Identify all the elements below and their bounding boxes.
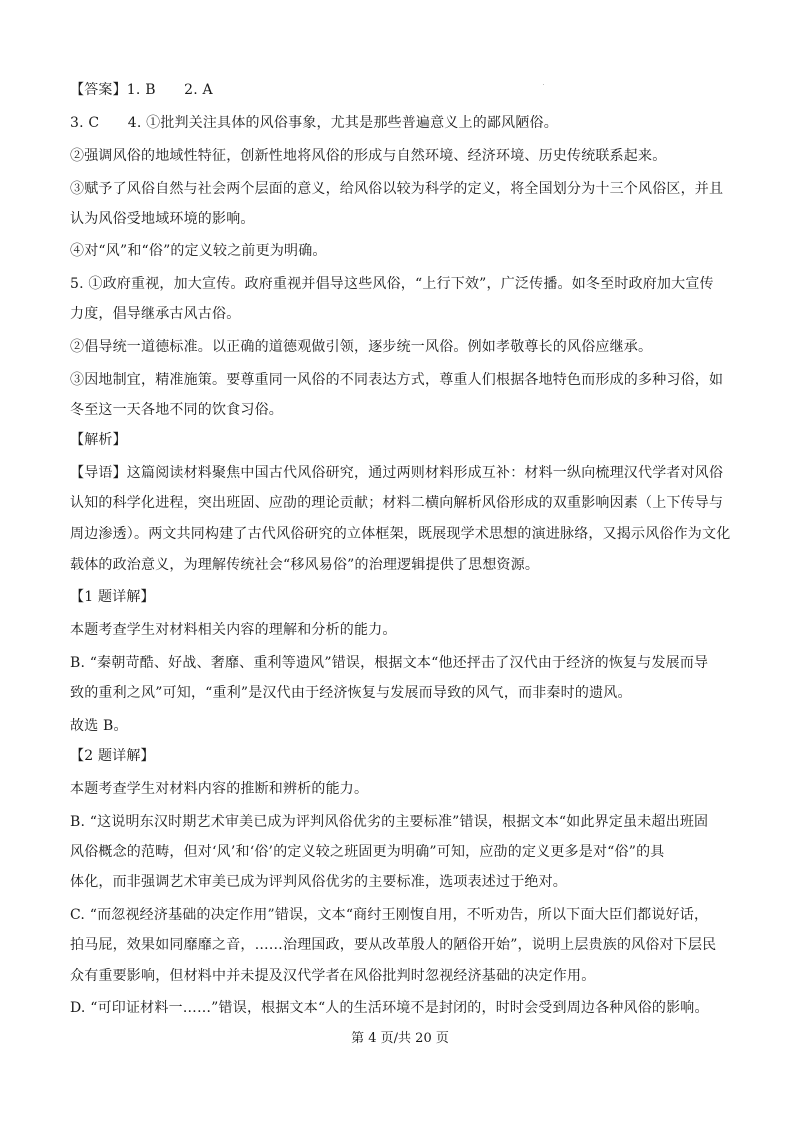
analysis-intro-line: 【导语】这篇阅读材料聚焦中国古代风俗研究，通过两则材料形成互补：材料一纵向梳理汉…: [70, 463, 723, 483]
page-number: 第 4 页/共 20 页: [0, 1030, 800, 1048]
analysis-intro-line: 周边渗透）。两文共同构建了古代风俗研究的立体框架，既展现学术思想的演进脉络，又揭…: [70, 524, 730, 544]
scan-speck: [543, 84, 544, 85]
document-page: 【答案】1. B 2. A 3. C 4. ①批判关注具体的风俗事象，尤其是那些…: [0, 0, 800, 1131]
q1-line: 本题考查学生对材料相关内容的理解和分析的能力。: [70, 620, 397, 640]
q2-line: 拍马屁，效果如同靡靡之音，……治理国政，要从改革殷人的陋俗开始”，说明上层贵族的…: [70, 935, 716, 955]
q2-line: 众有重要影响，但材料中并未提及汉代学者在风俗批判时忽视经济基础的决定作用。: [70, 966, 595, 986]
q2-line: 本题考查学生对材料内容的推断和辨析的能力。: [70, 779, 368, 799]
q2-heading: 【2 题详解】: [70, 746, 155, 766]
q5-item: 冬至这一天各地不同的饮食习俗。: [70, 400, 283, 420]
q4-item: 认为风俗受地域环境的影响。: [70, 209, 255, 229]
q1-line: B. “秦朝苛酷、好战、奢靡、重利等遗风”错误，根据文本“他还抨击了汉代由于经济…: [70, 653, 708, 673]
analysis-intro-line: 认知的科学化进程，突出班固、应劭的理论贡献；材料二横向解析风俗形成的双重影响因素…: [70, 493, 723, 513]
q5-item: ③因地制宜，精准施策。要尊重同一风俗的不同表达方式，尊重人们根据各地特色而形成的…: [70, 370, 723, 390]
q2-line: 体化，而非强调艺术审美已成为评判风俗优劣的主要标准，选项表述过于绝对。: [70, 872, 567, 892]
q2-line: C. “而忽视经济基础的决定作用”错误，文本“商纣王刚愎自用，不听劝告，所以下面…: [70, 905, 708, 925]
q1-line: 故选 B。: [70, 716, 128, 736]
q1-line: 致的重利之风”可知，“重利”是汉代由于经济恢复与发展而导致的风气，而非秦时的遗风…: [70, 683, 632, 703]
q5-item: 力度，倡导继承古风古俗。: [70, 304, 240, 324]
q2-line: 风俗概念的范畴，但对‘风’和‘俗’的定义较之班固更为明确”可知，应劭的定义更多是…: [70, 842, 664, 862]
q4-item: ②强调风俗的地域性特征，创新性地将风俗的形成与自然环境、经济环境、历史传统联系起…: [70, 146, 666, 166]
answer-line-2: 3. C 4. ①批判关注具体的风俗事象，尤其是那些普遍意义上的鄙风陋俗。: [70, 113, 558, 133]
q5-item: ②倡导统一道德标准。以正确的道德观做引领，逐步统一风俗。例如孝敬尊长的风俗应继承…: [70, 337, 652, 357]
analysis-heading: 【解析】: [70, 430, 127, 450]
q5-item: 5. ①政府重视，加大宣传。政府重视并倡导这些风俗，“上行下效”，广泛传播。如冬…: [70, 274, 714, 294]
q4-item: ④对“风”和“俗”的定义较之前更为明确。: [70, 241, 327, 261]
q4-item: ③赋予了风俗自然与社会两个层面的意义，给风俗以较为科学的定义，将全国划分为十三个…: [70, 179, 723, 199]
analysis-intro-line: 载体的政治意义，为理解传统社会“移风易俗”的治理逻辑提供了思想资源。: [70, 555, 539, 575]
q2-line: B. “这说明东汉时期艺术审美已成为评判风俗优劣的主要标准”错误，根据文本“如此…: [70, 812, 708, 832]
answer-line-1: 【答案】1. B 2. A: [70, 80, 213, 100]
q1-heading: 【1 题详解】: [70, 587, 155, 607]
q2-line: D. “可印证材料一……”错误，根据文本“人的生活环境不是封闭的，时时会受到周边…: [70, 998, 709, 1018]
